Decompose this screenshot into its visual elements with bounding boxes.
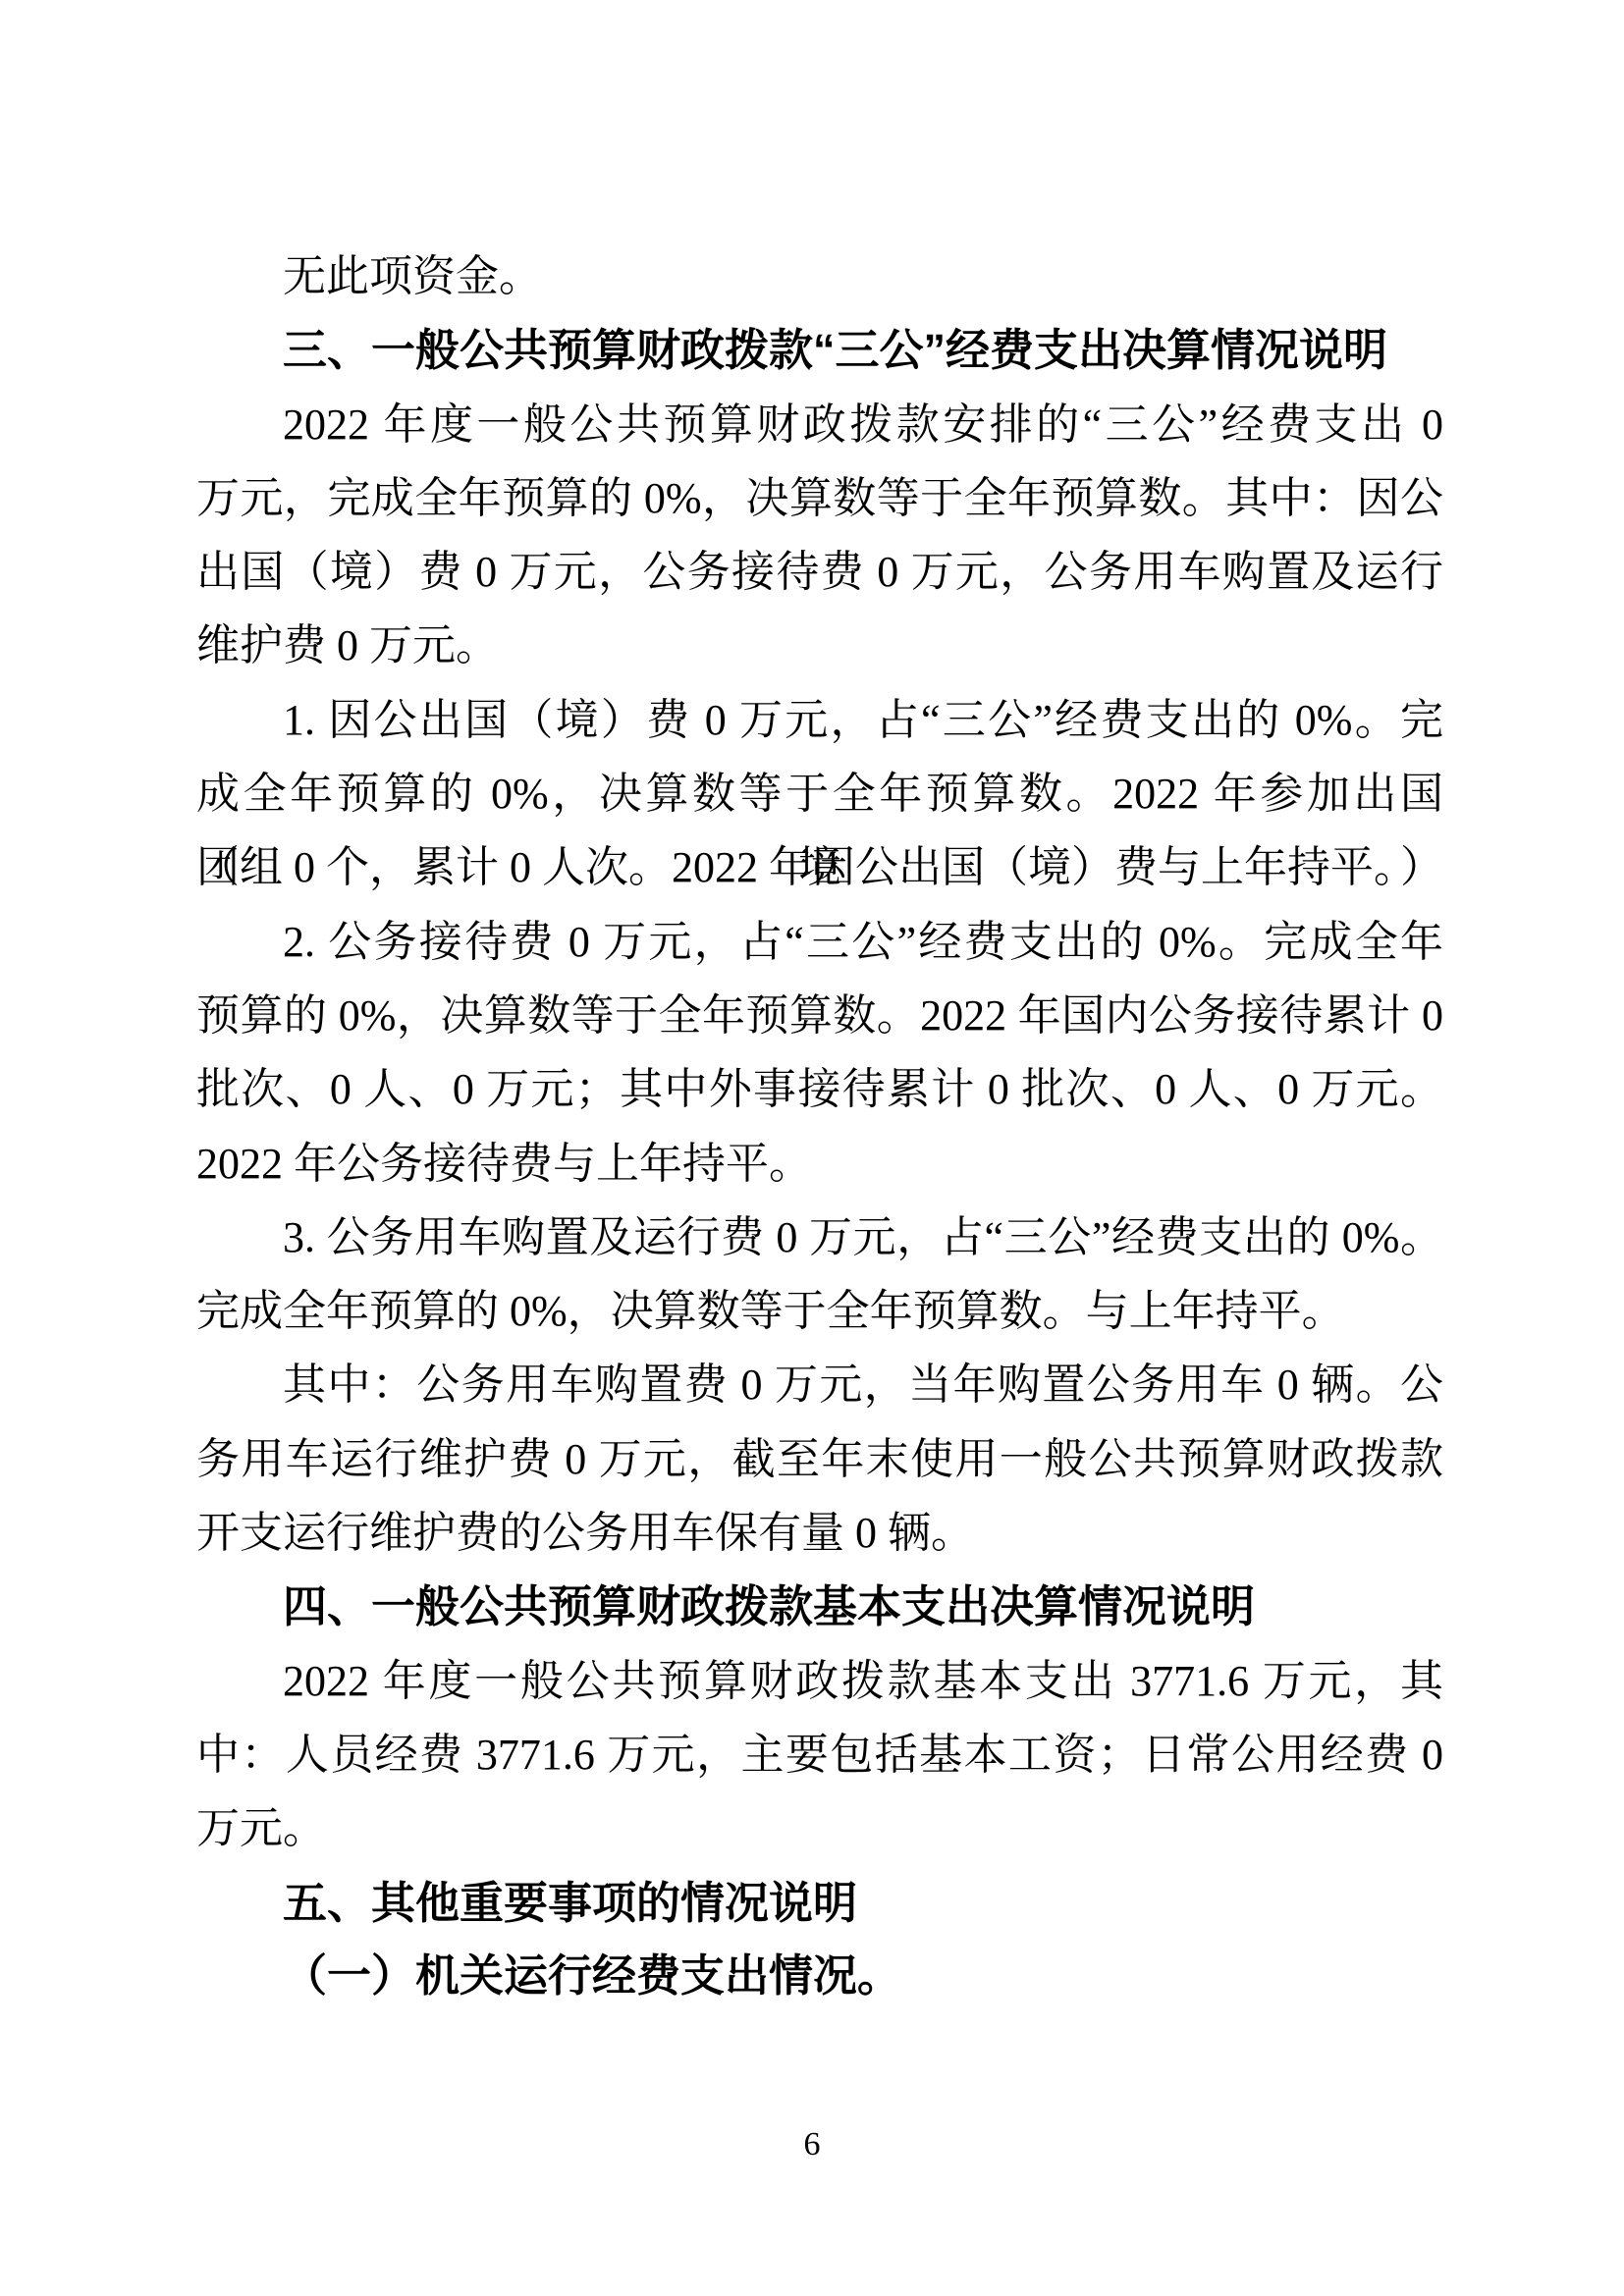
text-line: 中：人员经费 3771.6 万元，主要包括基本工资；日常公用经费 0: [196, 1718, 1443, 1791]
text-line: 批次、0 人、0 万元；其中外事接待累计 0 批次、0 人、0 万元。: [196, 1052, 1443, 1126]
text-line: 2. 公务接待费 0 万元，占“三公”经费支出的 0%。完成全年: [196, 905, 1443, 979]
text-line: 1. 因公出国（境）费 0 万元，占“三公”经费支出的 0%。完: [196, 683, 1443, 757]
text-line: 其中：公务用车购置费 0 万元，当年购置公务用车 0 辆。公: [196, 1348, 1443, 1421]
document-page: 无此项资金。三、一般公共预算财政拨款“三公”经费支出决算情况说明2022 年度一…: [0, 0, 1624, 2296]
text-line: 维护费 0 万元。: [196, 609, 1443, 682]
text-line: 3. 公务用车购置及运行费 0 万元，占“三公”经费支出的 0%。: [196, 1201, 1443, 1274]
text-line: 2022 年公务接待费与上年持平。: [196, 1127, 1443, 1201]
text-line: 预算的 0%，决算数等于全年预算数。2022 年国内公务接待累计 0: [196, 979, 1443, 1052]
section-heading: 五、其他重要事项的情况说明: [196, 1866, 1443, 1940]
section-heading: （一）机关运行经费支出情况。: [196, 1940, 1443, 2013]
section-heading: 四、一般公共预算财政拨款基本支出决算情况说明: [196, 1570, 1443, 1643]
text-line: 2022 年度一般公共预算财政拨款安排的“三公”经费支出 0: [196, 388, 1443, 461]
text-line: 务用车运行维护费 0 万元，截至年末使用一般公共预算财政拨款: [196, 1422, 1443, 1496]
text-line: 出国（境）费 0 万元，公务接待费 0 万元，公务用车购置及运行: [196, 535, 1443, 609]
text-line: 完成全年预算的 0%，决算数等于全年预算数。与上年持平。: [196, 1274, 1443, 1348]
section-heading: 三、一般公共预算财政拨款“三公”经费支出决算情况说明: [196, 313, 1443, 387]
text-line: 万元。: [196, 1791, 1443, 1865]
text-line: 团组 0 个，累计 0 人次。2022 年因公出国（境）费与上年持平。: [196, 830, 1443, 904]
text-line: 2022 年度一般公共预算财政拨款基本支出 3771.6 万元，其: [196, 1644, 1443, 1718]
text-line: 无此项资金。: [196, 240, 1443, 313]
text-line: 万元，完成全年预算的 0%，决算数等于全年预算数。其中：因公: [196, 461, 1443, 535]
text-line: 成全年预算的 0%，决算数等于全年预算数。2022 年参加出国（境）: [196, 757, 1443, 830]
text-block: 无此项资金。三、一般公共预算财政拨款“三公”经费支出决算情况说明2022 年度一…: [196, 240, 1443, 2013]
text-line: 开支运行维护费的公务用车保有量 0 辆。: [196, 1496, 1443, 1570]
page-number: 6: [0, 2120, 1624, 2169]
